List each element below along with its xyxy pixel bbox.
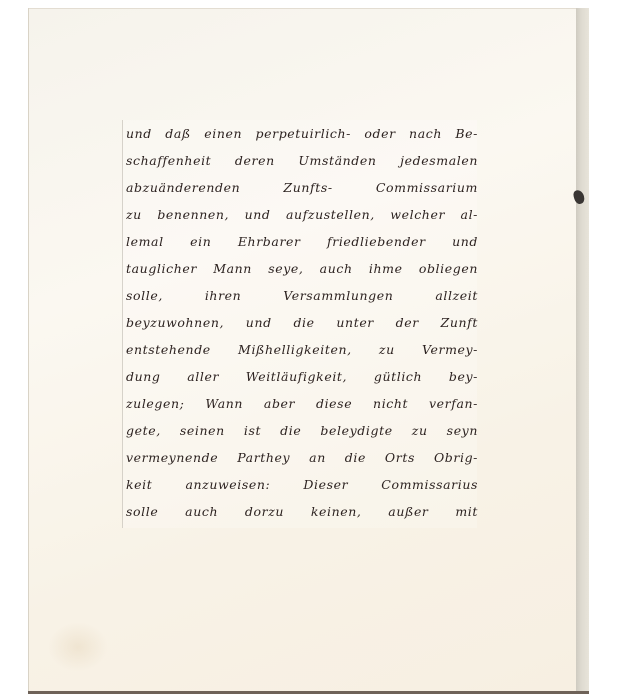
page-edge-right — [576, 8, 589, 692]
text-line-4: zu benennen, und aufzustellen, welcher a… — [126, 201, 478, 228]
text-line-11: zulegen; Wann aber diese nicht verfan- — [126, 390, 478, 417]
text-line-14: keit anzuweisen: Dieser Commissarius — [126, 471, 478, 498]
text-line-3: abzuänderenden Zunfts- Commissarium — [126, 174, 478, 201]
text-line-12: gete, seinen ist die beleydigte zu seyn — [126, 417, 478, 444]
text-line-13: vermeynende Parthey an die Orts Obrig- — [126, 444, 478, 471]
text-line-6: tauglicher Mann seye, auch ihme obliegen — [126, 255, 478, 282]
text-line-1: und daß einen perpetuirlich- oder nach B… — [126, 120, 478, 147]
text-line-5: lemal ein Ehrbarer friedliebender und — [126, 228, 478, 255]
text-line-15: solle auch dorzu keinen, außer mit — [126, 498, 478, 525]
text-line-7: solle, ihren Versammlungen allzeit — [126, 282, 478, 309]
handwritten-text-block: und daß einen perpetuirlich- oder nach B… — [122, 120, 477, 528]
text-line-10: dung aller Weitläufigkeit, gütlich bey- — [126, 363, 478, 390]
manuscript-page: und daß einen perpetuirlich- oder nach B… — [28, 8, 576, 692]
text-line-2: schaffenheit deren Umständen jedesmalen — [126, 147, 478, 174]
text-line-9: entstehende Mißhelligkeiten, zu Vermey- — [126, 336, 478, 363]
page-edge-bottom — [28, 691, 589, 694]
text-line-8: beyzuwohnen, und die unter der Zunft — [126, 309, 478, 336]
